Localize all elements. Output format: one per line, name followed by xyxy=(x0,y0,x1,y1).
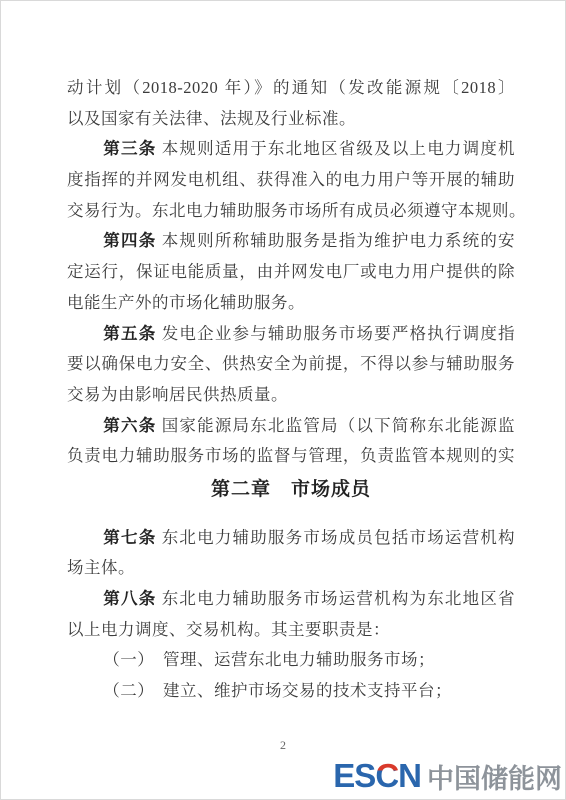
text-line: 交易行为。东北电力辅助服务市场所有成员必须遵守本规则。 xyxy=(67,196,515,227)
line-text: 交易行为。东北电力辅助服务市场所有成员必须遵守本规则。 xyxy=(67,201,515,220)
line-text: 场主体。 xyxy=(67,558,135,577)
chapter-heading: 第二章 市场成员 xyxy=(67,475,515,506)
line-text: 以及国家有关法律、法规及行业标准。 xyxy=(67,109,356,128)
document-body: 动计划（2018-2020 年）》的通知（发改能源规〔2018〕1575 号） … xyxy=(67,73,515,707)
text-line-article-5: 第五条 发电企业参与辅助服务市场要严格执行调度指令， xyxy=(67,319,515,350)
text-line: 度指挥的并网发电机组、获得准入的电力用户等开展的辅助服务 xyxy=(67,165,515,196)
page-number: 2 xyxy=(1,738,565,753)
article-number: 第四条 xyxy=(103,231,156,250)
escn-letter-n: N xyxy=(398,757,421,794)
escn-wordmark: ESCN xyxy=(333,757,421,795)
escn-letter-s: S xyxy=(354,757,375,794)
escn-letter-c: C xyxy=(375,757,398,794)
article-number: 第六条 xyxy=(103,416,156,435)
list-item-2: （二） 建立、维护市场交易的技术支持平台； xyxy=(67,676,515,707)
line-text: 度指挥的并网发电机组、获得准入的电力用户等开展的辅助服务 xyxy=(67,170,515,196)
text-line-article-7: 第七条 东北电力辅助服务市场成员包括市场运营机构和市 xyxy=(67,523,515,554)
line-text: 要以确保电力安全、供热安全为前提，不得以参与辅助服务市场 xyxy=(67,354,515,380)
line-text: 动计划（2018-2020 年）》的通知（发改能源规〔2018〕1575 号） xyxy=(67,78,515,104)
line-text: 以上电力调度、交易机构。其主要职责是： xyxy=(67,620,390,639)
escn-letter-e: E xyxy=(333,757,354,794)
list-item-1: （一） 管理、运营东北电力辅助服务市场； xyxy=(67,645,515,676)
text-line-article-3: 第三条 本规则适用于东北地区省级及以上电力调度机构调 xyxy=(67,134,515,165)
text-line-article-6: 第六条 国家能源局东北监管局（以下简称东北能源监管局） xyxy=(67,411,515,442)
article-number: 第三条 xyxy=(103,139,156,158)
article-number: 第八条 xyxy=(103,589,156,608)
site-name: 中国储能网 xyxy=(427,757,562,796)
line-text: 负责电力辅助服务市场的监督与管理，负责监管本规则的实施。 xyxy=(67,446,515,472)
text-line: 交易为由影响居民供热质量。 xyxy=(67,380,515,411)
text-line: 以及国家有关法律、法规及行业标准。 xyxy=(67,104,515,135)
line-text: 定运行，保证电能质量，由并网发电厂或电力用户提供的除正常 xyxy=(67,262,515,288)
text-line: 场主体。 xyxy=(67,553,515,584)
article-number: 第五条 xyxy=(103,324,156,343)
text-line: 要以确保电力安全、供热安全为前提，不得以参与辅助服务市场 xyxy=(67,349,515,380)
text-line: 电能生产外的市场化辅助服务。 xyxy=(67,288,515,319)
line-text: 电能生产外的市场化辅助服务。 xyxy=(67,293,305,312)
document-page: 动计划（2018-2020 年）》的通知（发改能源规〔2018〕1575 号） … xyxy=(0,0,566,800)
escn-logo: ESCN 中国储能网 xyxy=(333,755,562,797)
text-line-article-4: 第四条 本规则所称辅助服务是指为维护电力系统的安全稳 xyxy=(67,226,515,257)
text-line-article-8: 第八条 东北电力辅助服务市场运营机构为东北地区省级及 xyxy=(67,584,515,615)
text-line: 负责电力辅助服务市场的监督与管理，负责监管本规则的实施。 xyxy=(67,441,515,472)
line-text: （二） 建立、维护市场交易的技术支持平台； xyxy=(103,681,452,700)
text-line: 以上电力调度、交易机构。其主要职责是： xyxy=(67,615,515,646)
line-text: （一） 管理、运营东北电力辅助服务市场； xyxy=(103,650,435,669)
article-number: 第七条 xyxy=(103,528,156,547)
text-line: 动计划（2018-2020 年）》的通知（发改能源规〔2018〕1575 号） xyxy=(67,73,515,104)
line-text: 交易为由影响居民供热质量。 xyxy=(67,385,288,404)
text-line: 定运行，保证电能质量，由并网发电厂或电力用户提供的除正常 xyxy=(67,257,515,288)
